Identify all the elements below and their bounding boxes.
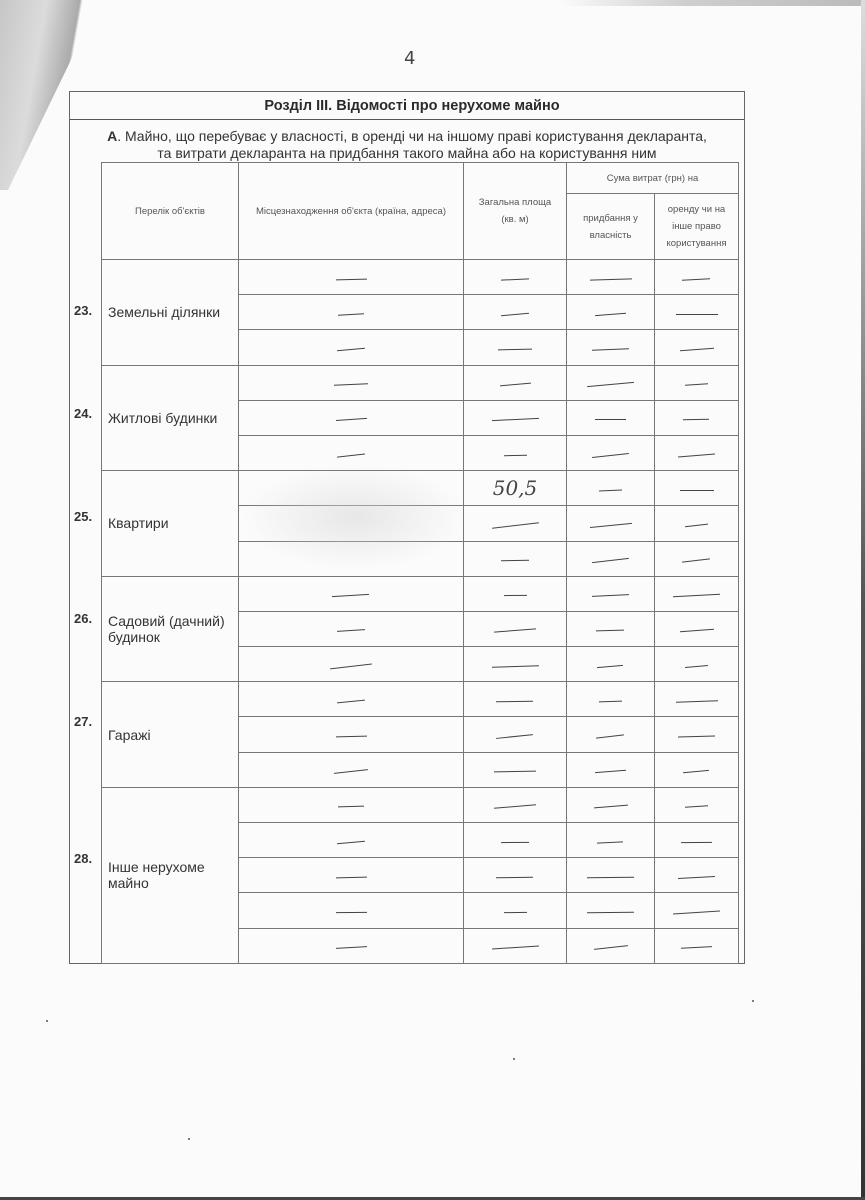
handwritten-dash (594, 945, 628, 950)
handwritten-dash (504, 595, 527, 596)
handwritten-dash (673, 594, 720, 597)
header-location: Місцезнаходження об'єкта (країна, адреса… (239, 163, 464, 260)
handwritten-dash (336, 278, 367, 280)
cell-purchase (567, 365, 655, 400)
handwritten-dash (338, 313, 364, 316)
section-title: Розділ III. Відомості про нерухоме майно (70, 92, 744, 120)
cell-purchase (567, 330, 655, 365)
scan-top-edge (560, 0, 865, 6)
subsection-marker: А (107, 128, 117, 144)
handwritten-dash (599, 489, 622, 491)
handwritten-dash (336, 946, 367, 949)
category-label: Житлові будинки (102, 365, 239, 471)
cell-rent (655, 787, 739, 822)
handwritten-dash (496, 877, 533, 878)
cell-purchase (567, 928, 655, 963)
cell-location (239, 647, 464, 682)
handwritten-dash (683, 419, 709, 421)
cell-rent (655, 752, 739, 787)
handwritten-dash (597, 665, 623, 668)
cell-area (464, 893, 567, 928)
handwritten-dash (498, 349, 532, 351)
handwritten-dash (597, 841, 623, 843)
handwritten-dash (494, 629, 535, 633)
handwritten-dash (685, 383, 708, 385)
cell-purchase (567, 260, 655, 295)
category-number: 23. (74, 303, 92, 318)
header-expenses-group: Сума витрат (грн) на (567, 163, 739, 194)
handwritten-dash (337, 630, 365, 633)
handwritten-dash (330, 663, 371, 669)
cell-rent (655, 260, 739, 295)
handwritten-dash (678, 453, 715, 457)
handwritten-dash (678, 735, 715, 737)
handwritten-dash (336, 876, 367, 878)
handwritten-dash (501, 842, 529, 843)
table-row: Садовий (дачний) будинок (102, 576, 739, 611)
handwritten-dash (497, 734, 534, 739)
handwritten-dash (491, 665, 538, 667)
scan-speck (46, 1020, 48, 1022)
handwritten-dash (676, 700, 718, 702)
handwritten-dash (334, 383, 368, 385)
handwritten-dash (338, 806, 364, 808)
cell-rent (655, 330, 739, 365)
handwritten-dash (332, 594, 369, 597)
category-number: 26. (74, 611, 92, 626)
handwritten-dash (683, 770, 709, 773)
cell-area (464, 928, 567, 963)
cell-location (239, 893, 464, 928)
handwritten-dash (496, 701, 533, 702)
cell-area (464, 717, 567, 752)
cell-purchase (567, 823, 655, 858)
category-number: 28. (74, 851, 92, 866)
cell-area (464, 611, 567, 646)
handwritten-dash (337, 453, 365, 457)
table-row: Інше нерухоме майно (102, 787, 739, 822)
handwritten-dash (337, 348, 365, 352)
handwritten-dash (492, 418, 539, 421)
cell-rent (655, 435, 739, 470)
cell-location (239, 365, 464, 400)
cell-rent (655, 506, 739, 541)
cell-purchase (567, 471, 655, 506)
handwritten-dash (500, 383, 530, 387)
handwritten-dash (587, 876, 634, 878)
cell-purchase (567, 787, 655, 822)
handwritten-dash (587, 382, 634, 387)
cell-rent (655, 858, 739, 893)
handwritten-dash (595, 419, 626, 420)
cell-rent (655, 471, 739, 506)
page-number: 4 (404, 48, 415, 69)
category-label: Садовий (дачний) будинок (102, 576, 239, 682)
cell-purchase (567, 435, 655, 470)
category-label: Інше нерухоме майно (102, 787, 239, 963)
cell-rent (655, 717, 739, 752)
handwritten-dash (592, 558, 629, 563)
table-row: Гаражі (102, 682, 739, 717)
category-label: Земельні ділянки (102, 260, 239, 366)
handwritten-dash (587, 912, 634, 914)
handwritten-dash (336, 418, 366, 421)
handwritten-dash (504, 454, 527, 456)
cell-purchase (567, 506, 655, 541)
scan-speck (188, 1138, 190, 1140)
handwritten-dash (685, 524, 708, 528)
handwritten-dash (501, 560, 529, 561)
cell-rent (655, 893, 739, 928)
handwritten-dash (590, 523, 631, 528)
handwritten-dash (592, 453, 629, 458)
cell-location (239, 400, 464, 435)
category-label: Квартири (102, 471, 239, 577)
header-objects: Перелік об'єктів (102, 163, 239, 260)
cell-area (464, 400, 567, 435)
handwritten-dash (492, 522, 539, 528)
handwritten-dash (595, 313, 625, 316)
cell-rent (655, 682, 739, 717)
subsection-line1: . Майно, що перебуває у власності, в оре… (117, 128, 707, 144)
handwritten-dash (501, 278, 529, 280)
table-row: Земельні ділянки (102, 260, 739, 295)
cell-rent (655, 400, 739, 435)
scan-speck (752, 1000, 754, 1002)
cell-location (239, 928, 464, 963)
handwritten-dash (594, 805, 628, 809)
handwritten-dash (678, 876, 715, 879)
category-label: Гаражі (102, 682, 239, 788)
cell-area (464, 823, 567, 858)
cell-area (464, 682, 567, 717)
cell-location (239, 787, 464, 822)
cell-rent (655, 647, 739, 682)
header-area: Загальна площа (кв. м) (464, 163, 567, 260)
cell-area (464, 435, 567, 470)
handwritten-dash (336, 912, 367, 913)
cell-location (239, 717, 464, 752)
cell-rent (655, 365, 739, 400)
cell-area (464, 365, 567, 400)
handwritten-dash (494, 771, 536, 773)
cell-purchase (567, 295, 655, 330)
handwritten-dash (592, 594, 629, 597)
category-number: 25. (74, 509, 92, 524)
handwritten-dash (685, 665, 708, 668)
handwritten-dash (680, 629, 714, 632)
handwritten-dash (337, 699, 365, 703)
handwritten-dash (592, 348, 629, 350)
handwritten-dash (681, 841, 712, 842)
cell-location (239, 682, 464, 717)
cell-location (239, 611, 464, 646)
category-number: 27. (74, 714, 92, 729)
cell-area (464, 295, 567, 330)
cell-area (464, 330, 567, 365)
cell-rent (655, 823, 739, 858)
cell-area (464, 787, 567, 822)
subsection-line2: та витрати декларанта на придбання таког… (157, 145, 656, 161)
cell-area (464, 541, 567, 576)
handwritten-dash (685, 806, 708, 808)
handwritten-dash (334, 769, 368, 774)
cell-area (464, 752, 567, 787)
handwritten-dash (682, 558, 710, 562)
handwritten-dash (680, 490, 714, 491)
cell-purchase (567, 576, 655, 611)
cell-purchase (567, 717, 655, 752)
cell-rent (655, 576, 739, 611)
handwritten-dash (336, 736, 367, 738)
cell-location (239, 823, 464, 858)
header-rent: оренду чи на інше право користування (655, 194, 739, 260)
cell-area (464, 576, 567, 611)
header-row-1: Перелік об'єктів Місцезнаходження об'єкт… (102, 163, 739, 194)
handwritten-dash (680, 348, 714, 352)
cell-purchase (567, 611, 655, 646)
cell-area (464, 506, 567, 541)
handwritten-dash (337, 840, 365, 843)
cell-location (239, 858, 464, 893)
cell-purchase (567, 541, 655, 576)
cell-purchase (567, 682, 655, 717)
handwritten-dash (682, 278, 710, 280)
cell-area (464, 260, 567, 295)
section-frame: Розділ III. Відомості про нерухоме майно… (69, 91, 745, 964)
cell-rent (655, 611, 739, 646)
scan-speck (513, 1058, 515, 1060)
handwritten-dash (599, 701, 622, 703)
handwritten-dash (596, 734, 624, 738)
cell-location (239, 330, 464, 365)
cell-location (239, 295, 464, 330)
cell-area: 50,5 (464, 471, 567, 506)
handwritten-dash (501, 313, 529, 316)
cell-rent (655, 928, 739, 963)
handwritten-dash (504, 912, 527, 913)
cell-location (239, 576, 464, 611)
handwritten-dash (492, 946, 539, 950)
handwritten-dash (681, 946, 712, 949)
cell-location (239, 260, 464, 295)
handwritten-dash (673, 910, 720, 914)
cell-location (239, 752, 464, 787)
cell-purchase (567, 858, 655, 893)
subsection-heading: А. Майно, що перебуває у власності, в ор… (70, 120, 744, 162)
cell-purchase (567, 400, 655, 435)
redacted-address (242, 465, 467, 570)
cell-rent (655, 295, 739, 330)
cell-rent (655, 541, 739, 576)
cell-purchase (567, 893, 655, 928)
cell-purchase (567, 752, 655, 787)
cell-purchase (567, 647, 655, 682)
scan-right-edge (861, 0, 865, 1200)
handwritten-value: 50,5 (493, 476, 538, 500)
handwritten-dash (494, 805, 535, 809)
header-purchase: придбання у власність (567, 194, 655, 260)
cell-area (464, 858, 567, 893)
handwritten-dash (595, 770, 625, 773)
handwritten-dash (596, 630, 624, 632)
handwritten-dash (676, 314, 718, 315)
cell-area (464, 647, 567, 682)
category-number: 24. (74, 406, 92, 421)
handwritten-dash (590, 278, 632, 280)
table-row: Житлові будинки (102, 365, 739, 400)
